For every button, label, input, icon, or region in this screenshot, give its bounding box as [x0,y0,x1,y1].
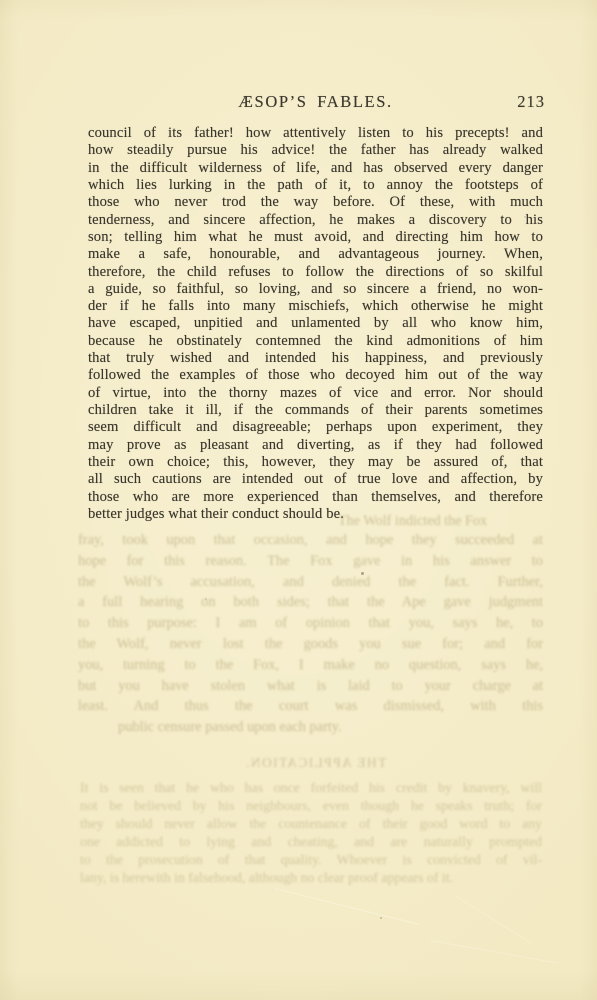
body-text-line: those who are more experienced than them… [88,489,543,506]
paper-speck [380,917,382,919]
body-text-line: der if he falls into many mischiefs, whi… [88,298,543,315]
page-number: 213 [517,92,545,112]
body-text-line: seem difficult and disagreeable; perhaps… [88,419,543,436]
body-text-line: that truly wished and intended his happi… [88,350,543,367]
body-text-line: of virtue, into the thorny mazes of vice… [88,385,543,402]
paper-speck [205,598,207,600]
body-text-line: how steadily pursue his advice! the fath… [88,142,543,159]
body-text-line: make a safe, honourable, and advantageou… [88,246,543,263]
body-text-line: may prove as pleasant and diverting, as … [88,437,543,454]
body-text-line: in the difficult wilderness of life, and… [88,160,543,177]
body-text-line: therefore, the child refuses to follow t… [88,264,543,281]
body-text-line: council of its father! how attentively l… [88,125,543,142]
body-text-line: which lies lurking in the path of it, to… [88,177,543,194]
body-paragraph: council of its father! how attentively l… [88,125,543,523]
body-text-line: those who never trod the way before. Of … [88,194,543,211]
running-head-title: ÆSOP’S FABLES. [88,92,543,112]
body-text-line: children take it ill, if the commands of… [88,402,543,419]
body-text-line: tenderness, and sincere affection, he ma… [88,212,543,229]
body-text-line: because he obstinately contemned the kin… [88,333,543,350]
body-text-line: have escaped, unpitied and unlamented by… [88,315,543,332]
running-head: ÆSOP’S FABLES. [88,92,543,114]
paper-speck [524,216,526,218]
body-text-line: better judges what their conduct should … [88,506,543,523]
paper-speck [361,572,364,575]
body-text-line: a guide, so faithful, so loving, and so … [88,281,543,298]
body-text-line: followed the examples of those who decoy… [88,367,543,384]
body-text-line: son; telling him what he must avoid, and… [88,229,543,246]
body-text-line: their own choice; this, however, they ma… [88,454,543,471]
body-text-line: all such cautions are intended out of tr… [88,471,543,488]
